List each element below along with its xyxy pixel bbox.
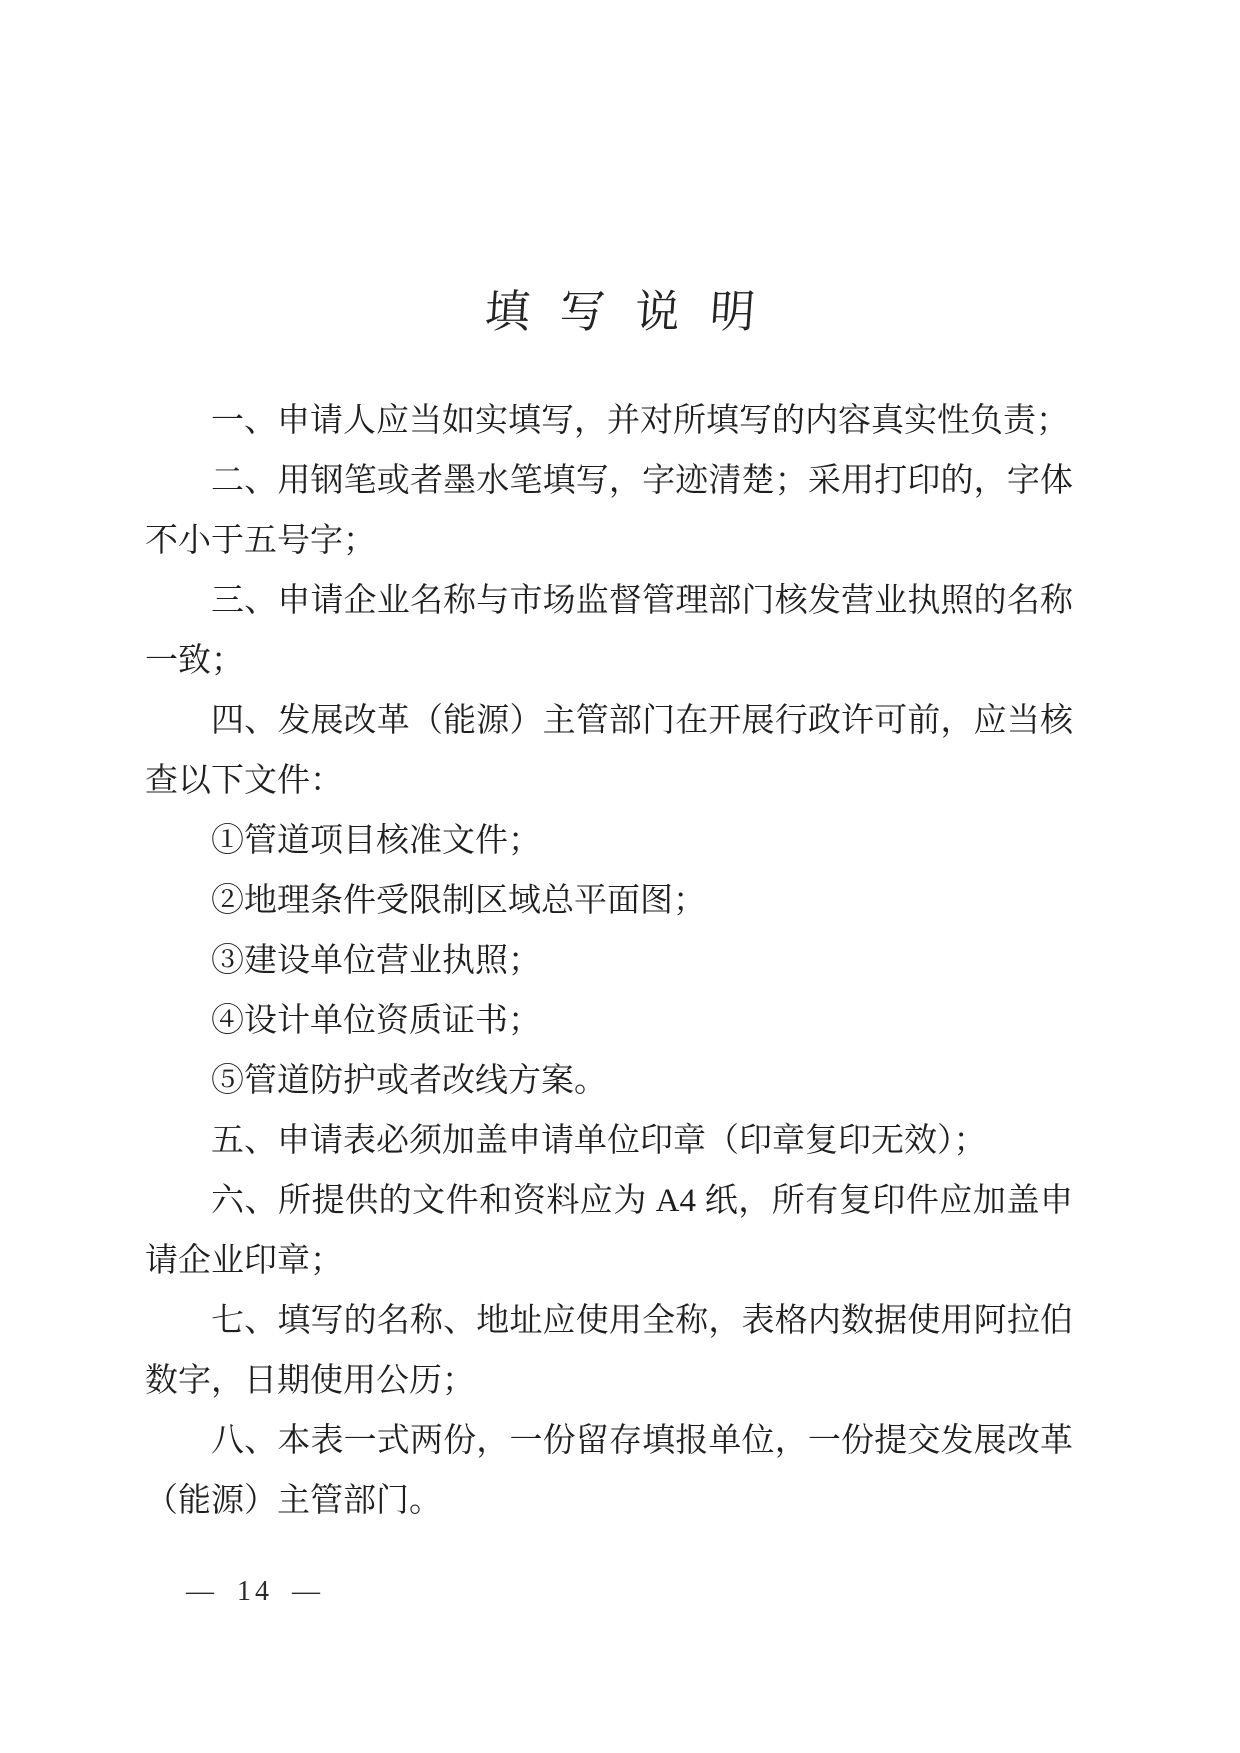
body-paragraph: 二、用钢笔或者墨水笔填写，字迹清楚；采用打印的，字体不小于五号字； — [145, 451, 1073, 571]
body-paragraph: 三、申请企业名称与市场监督管理部门核发营业执照的名称一致； — [145, 571, 1073, 691]
body-paragraph: ③建设单位营业执照； — [145, 931, 1073, 991]
document-page: 填写说明 一、申请人应当如实填写，并对所填写的内容真实性负责；二、用钢笔或者墨水… — [0, 0, 1240, 1753]
body-paragraph: 六、所提供的文件和资料应为 A4 纸，所有复印件应加盖申请企业印章； — [145, 1171, 1073, 1291]
body-paragraph: ④设计单位资质证书； — [145, 991, 1073, 1051]
page-title: 填写说明 — [0, 286, 1240, 338]
body-paragraph: 四、发展改革（能源）主管部门在开展行政许可前，应当核查以下文件： — [145, 691, 1073, 811]
body-paragraph: 一、申请人应当如实填写，并对所填写的内容真实性负责； — [145, 391, 1073, 451]
page-number: — 14 — — [186, 1574, 324, 1610]
body-paragraph: ②地理条件受限制区域总平面图； — [145, 871, 1073, 931]
body-paragraph: ⑤管道防护或者改线方案。 — [145, 1051, 1073, 1111]
body-paragraph: 七、填写的名称、地址应使用全称，表格内数据使用阿拉伯数字，日期使用公历； — [145, 1291, 1073, 1411]
body-paragraph: 八、本表一式两份，一份留存填报单位，一份提交发展改革（能源）主管部门。 — [145, 1411, 1073, 1531]
body-paragraph: ①管道项目核准文件； — [145, 811, 1073, 871]
body-paragraph: 五、申请表必须加盖申请单位印章（印章复印无效）； — [145, 1111, 1073, 1171]
document-body: 一、申请人应当如实填写，并对所填写的内容真实性负责；二、用钢笔或者墨水笔填写，字… — [145, 391, 1073, 1531]
